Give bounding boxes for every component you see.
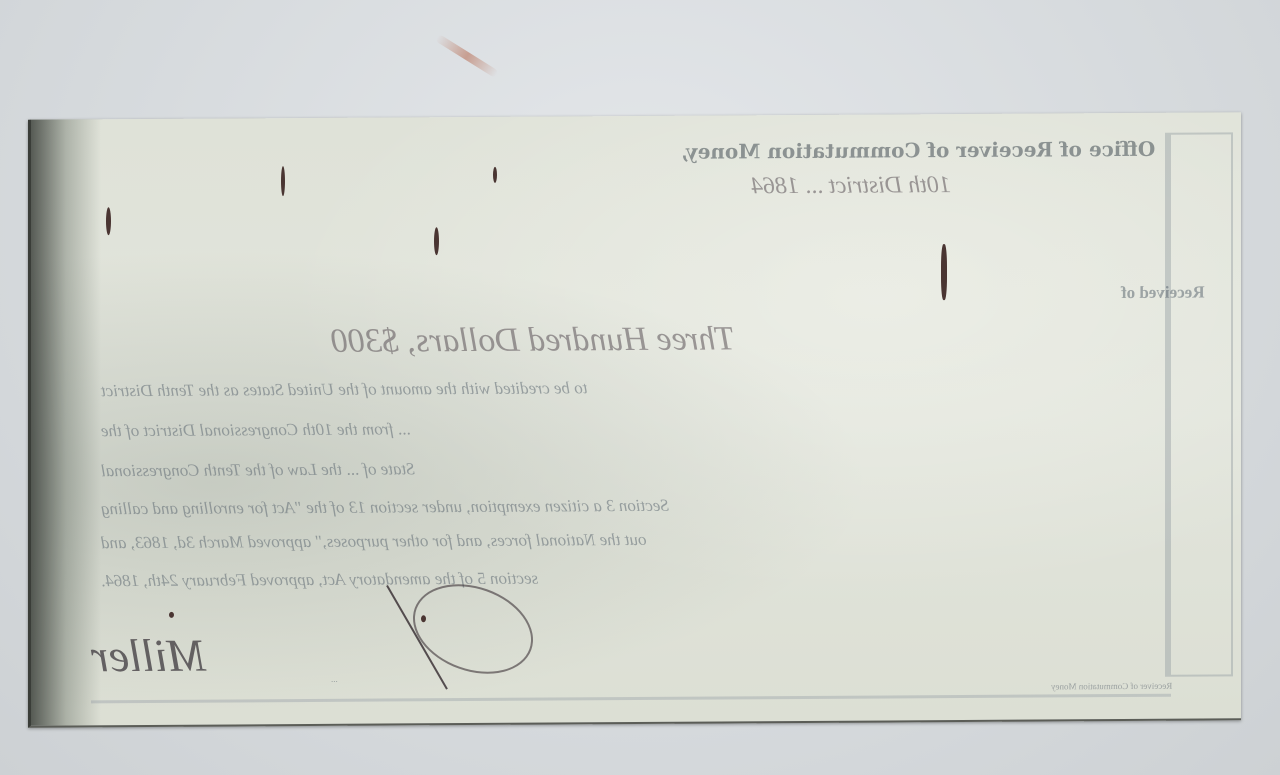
ink-dot <box>169 612 174 618</box>
document-heading: Office of Receiver of Commutation Money, <box>681 137 1155 164</box>
body-line-3: State of ... the Law of the Tenth Congre… <box>101 459 415 481</box>
received-label: Received of <box>1121 283 1205 304</box>
body-line-1: to be credited with the amount of the Un… <box>101 378 588 401</box>
background-stain <box>435 34 499 78</box>
signature-caption: Receiver of Commutation Money <box>1051 681 1172 692</box>
footer-print: ... <box>331 674 338 684</box>
ink-mark <box>434 227 439 255</box>
amount-line: Three Hundred Dollars, $300 <box>331 320 735 360</box>
signature: Miller <box>91 629 206 683</box>
body-line-4: Section 3 a citizen exemption, under sec… <box>101 496 669 519</box>
ink-mark <box>106 207 111 235</box>
mirrored-showthrough-text: Office of Receiver of Commutation Money,… <box>31 112 1241 725</box>
ink-mark <box>941 244 947 300</box>
ink-dot <box>421 615 426 622</box>
body-line-5: out the National forces, and for other p… <box>101 530 646 553</box>
date-line: 10th District ... 1864 <box>751 172 951 200</box>
ink-mark <box>493 167 497 183</box>
document-paper: Office of Receiver of Commutation Money,… <box>28 112 1241 727</box>
ink-mark <box>281 166 285 196</box>
body-line-2: ... from the 10th Congressional District… <box>101 419 410 441</box>
